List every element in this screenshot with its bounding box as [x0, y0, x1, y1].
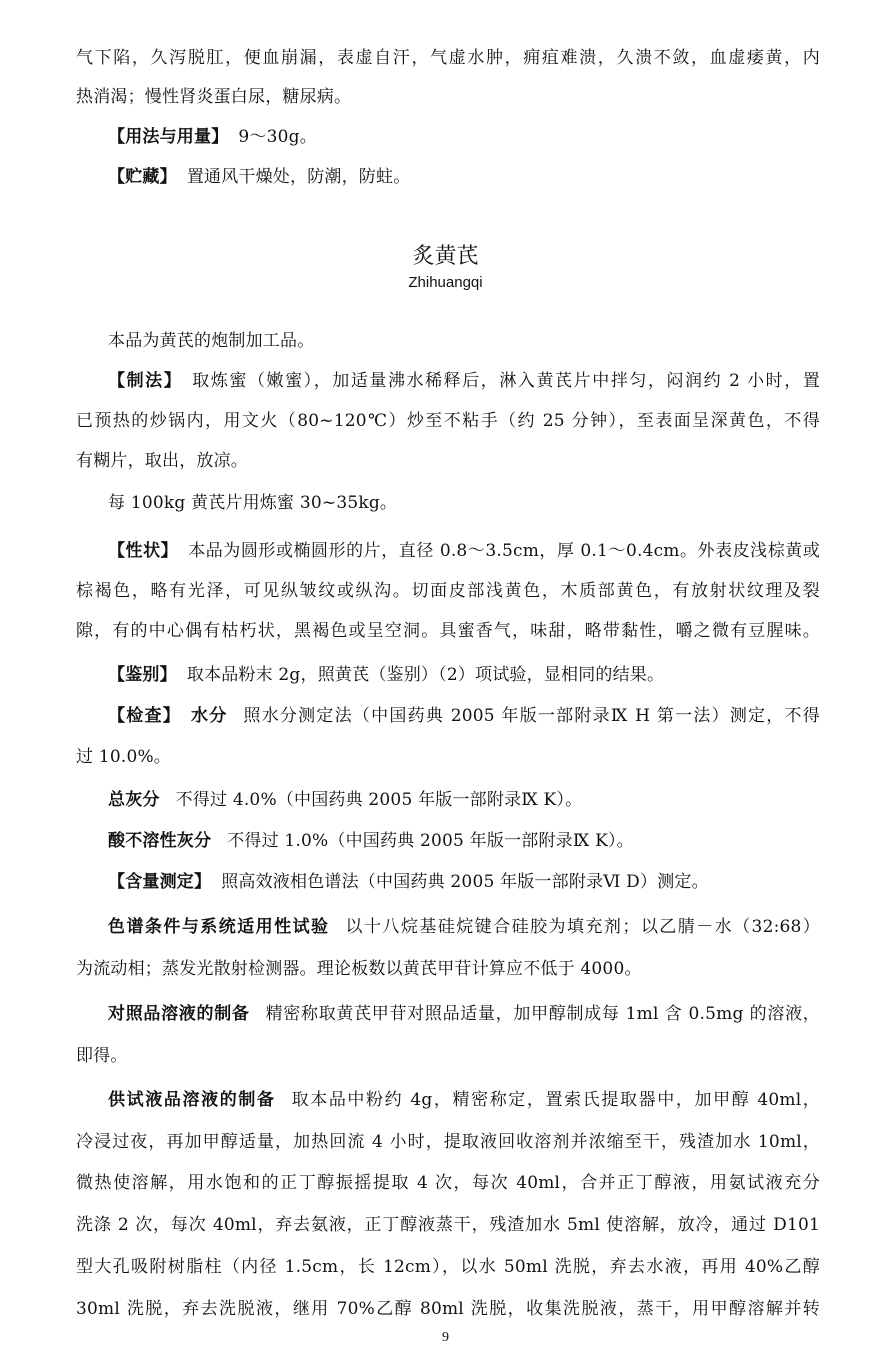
- sample-line-1: 供试液品溶液的制备取本品中粉约 4g，精密称定，置索氏提取器中，加甲醇 40ml…: [108, 1089, 820, 1111]
- assay-section: 【含量测定】照高效液相色谱法（中国药典 2005 年版一部附录Ⅵ D）测定。: [108, 871, 820, 893]
- reference-line-2: 即得。: [76, 1045, 820, 1067]
- storage-label: 【贮藏】: [108, 167, 177, 187]
- assay-text: 照高效液相色谱法（中国药典 2005 年版一部附录Ⅵ D）测定。: [221, 872, 709, 892]
- description-text-1: 本品为圆形或椭圆形的片，直径 0.8～3.5cm，厚 0.1～0.4cm。外表皮…: [188, 541, 820, 561]
- sample-line-5: 型大孔吸附树脂柱（内径 1.5cm，长 12cm），以水 50ml 洗脱，弃去水…: [76, 1256, 820, 1278]
- usage-text: 9～30g。: [238, 127, 317, 147]
- chromatography-line-1: 色谱条件与系统适用性试验以十八烷基硅烷键合硅胶为填充剂；以乙腈－水（32:68）: [108, 916, 820, 938]
- usage-label: 【用法与用量】: [108, 127, 228, 147]
- identification-text: 取本品粉末 2g，照黄芪（鉴别）（2）项试验，显相同的结果。: [187, 665, 664, 685]
- reference-line-1: 对照品溶液的制备精密称取黄芪甲苷对照品适量，加甲醇制成每 1ml 含 0.5mg…: [108, 1003, 820, 1025]
- intro-text: 本品为黄芪的炮制加工品。: [108, 330, 820, 352]
- acid-ash-section: 酸不溶性灰分不得过 1.0%（中国药典 2005 年版一部附录Ⅸ K）。: [108, 830, 820, 852]
- continuation-line-2: 热消渴；慢性肾炎蛋白尿，糖尿病。: [76, 86, 820, 108]
- assay-label: 【含量测定】: [108, 872, 211, 892]
- description-line-3: 隙，有的中心偶有枯朽状，黑褐色或呈空洞。具蜜香气，味甜，略带黏性，嚼之微有豆腥味…: [76, 620, 820, 642]
- page-number: 9: [0, 1330, 891, 1346]
- preparation-text-1: 取炼蜜（嫩蜜），加适量沸水稀释后，淋入黄芪片中拌匀，闷润约 2 小时，置: [192, 371, 820, 391]
- total-ash-text: 不得过 4.0%（中国药典 2005 年版一部附录Ⅸ K）。: [176, 790, 583, 810]
- acid-ash-label: 酸不溶性灰分: [108, 831, 211, 851]
- monograph-pinyin: Zhihuangqi: [0, 274, 891, 292]
- examination-label: 【检查】: [108, 706, 181, 726]
- preparation-line-2: 已预热的炒锅内，用文火（80~120℃）炒至不粘手（约 25 分钟），至表面呈深…: [76, 410, 820, 432]
- preparation-line-1: 【制法】取炼蜜（嫩蜜），加适量沸水稀释后，淋入黄芪片中拌匀，闷润约 2 小时，置: [108, 370, 820, 392]
- sample-text-1: 取本品中粉约 4g，精密称定，置索氏提取器中，加甲醇 40ml，: [292, 1090, 820, 1110]
- sample-line-2: 冷浸过夜，再加甲醇适量，加热回流 4 小时，提取液回收溶剂并浓缩至干，残渣加水 …: [76, 1131, 820, 1153]
- identification-label: 【鉴别】: [108, 665, 177, 685]
- sample-line-4: 洗涤 2 次，每次 40ml，弃去氨液，正丁醇液蒸干，残渣加水 5ml 使溶解，…: [76, 1214, 820, 1236]
- chromatography-text-1: 以十八烷基硅烷键合硅胶为填充剂；以乙腈－水（32:68）: [346, 917, 821, 937]
- water-text-1: 照水分测定法（中国药典 2005 年版一部附录Ⅸ H 第一法）测定，不得: [243, 706, 820, 726]
- storage-section: 【贮藏】置通风干燥处，防潮，防蛀。: [108, 166, 820, 188]
- sample-line-6: 30ml 洗脱，弃去洗脱液，继用 70%乙醇 80ml 洗脱，收集洗脱液，蒸干，…: [76, 1298, 820, 1320]
- description-label: 【性状】: [108, 541, 178, 561]
- document-page: 气下陷，久泻脱肛，便血崩漏，表虚自汗，气虚水肿，痈疽难溃，久溃不敛，血虚痿黄，内…: [0, 0, 891, 1371]
- sample-label: 供试液品溶液的制备: [108, 1090, 276, 1110]
- preparation-label: 【制法】: [108, 371, 182, 391]
- description-line-1: 【性状】本品为圆形或椭圆形的片，直径 0.8～3.5cm，厚 0.1～0.4cm…: [108, 540, 820, 562]
- water-label: 水分: [191, 706, 227, 726]
- reference-text-1: 精密称取黄芪甲苷对照品适量，加甲醇制成每 1ml 含 0.5mg 的溶液，: [266, 1004, 820, 1024]
- chromatography-label: 色谱条件与系统适用性试验: [108, 917, 330, 937]
- examination-water-line-2: 过 10.0%。: [76, 746, 820, 768]
- sample-line-3: 微热使溶解，用水饱和的正丁醇振摇提取 4 次，每次 40ml，合并正丁醇液，用氨…: [76, 1172, 820, 1194]
- description-line-2: 棕褐色，略有光泽，可见纵皱纹或纵沟。切面皮部浅黄色，木质部黄色，有放射状纹理及裂: [76, 580, 820, 602]
- acid-ash-text: 不得过 1.0%（中国药典 2005 年版一部附录Ⅸ K）。: [227, 831, 634, 851]
- storage-text: 置通风干燥处，防潮，防蛀。: [187, 167, 411, 187]
- identification-section: 【鉴别】取本品粉末 2g，照黄芪（鉴别）（2）项试验，显相同的结果。: [108, 664, 820, 686]
- monograph-title: 炙黄芪: [0, 244, 891, 270]
- total-ash-section: 总灰分不得过 4.0%（中国药典 2005 年版一部附录Ⅸ K）。: [108, 789, 820, 811]
- preparation-ratio: 每 100kg 黄芪片用炼蜜 30~35kg。: [108, 492, 820, 514]
- reference-label: 对照品溶液的制备: [108, 1004, 250, 1024]
- chromatography-line-2: 为流动相；蒸发光散射检测器。理论板数以黄芪甲苷计算应不低于 4000。: [76, 958, 820, 980]
- usage-section: 【用法与用量】9～30g。: [108, 126, 820, 148]
- total-ash-label: 总灰分: [108, 790, 160, 810]
- examination-water-line-1: 【检查】水分照水分测定法（中国药典 2005 年版一部附录Ⅸ H 第一法）测定，…: [108, 705, 820, 727]
- continuation-line-1: 气下陷，久泻脱肛，便血崩漏，表虚自汗，气虚水肿，痈疽难溃，久溃不敛，血虚痿黄，内: [76, 47, 820, 69]
- preparation-line-3: 有糊片，取出，放凉。: [76, 450, 820, 472]
